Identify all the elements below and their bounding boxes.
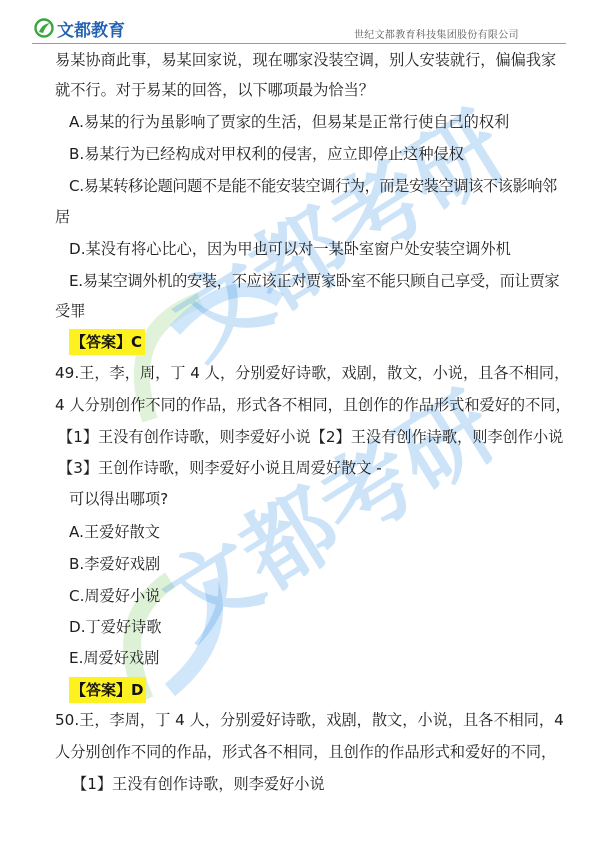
q49-stem-line-1: 49.王，李，周，丁 4 人，分别爱好诗歌，戏剧，散文，小说，且各不相同， [55, 363, 569, 383]
q48-answer: 【答案】C [69, 329, 145, 355]
q49-stem-line-2: 4 人分别创作不同的作品，形式各不相同，且创作的作品形式和爱好的不同， [55, 395, 571, 415]
q48-option-d: D.某没有将心比心，因为甲也可以对一某卧室窗户处安装空调外机 [69, 239, 511, 259]
document-body: 易某协商此事，易某回家说，现在哪家没装空调，别人安装就行，偏偏我家 就不行。对于… [0, 0, 600, 848]
q49-option-c: C.周爱好小说 [69, 586, 160, 606]
q50-stem-line-2: 人分别创作不同的作品，形式各不相同，且创作的作品形式和爱好的不同， [55, 742, 556, 762]
q48-option-c: C.易某转移论题问题不是能不能安装空调行为，而是安装空调该不该影响邻 [69, 176, 557, 196]
q48-stem-line-1: 易某协商此事，易某回家说，现在哪家没装空调，别人安装就行，偏偏我家 [55, 50, 556, 70]
q49-option-a: A.王爱好散文 [69, 522, 160, 542]
q48-stem-line-2: 就不行。对于易某的回答，以下哪项最为恰当？ [55, 80, 374, 100]
q50-condition-1: 【1】王没有创作诗歌，则李爱好小说 [72, 774, 325, 794]
q48-option-e: E.易某空调外机的安装，不应该正对贾家卧室不能只顾自己享受，而让贾家 [69, 271, 559, 291]
q49-option-d: D.丁爱好诗歌 [69, 617, 161, 637]
q49-condition-1-2: 【1】王没有创作诗歌，则李爱好小说【2】王没有创作诗歌，则李创作小说 [58, 427, 563, 447]
q49-answer: 【答案】D [69, 677, 146, 703]
q48-option-c-cont: 居 [55, 207, 70, 227]
q49-condition-3: 【3】王创作诗歌，则李爱好小说且周爱好散文 - [58, 458, 382, 478]
q48-option-e-cont: 受罪 [55, 301, 85, 321]
q49-option-b: B.李爱好戏剧 [69, 554, 160, 574]
q50-stem-line-1: 50.王，李周，丁 4 人，分别爱好诗歌，戏剧，散文，小说，且各不相同，4 [55, 710, 564, 730]
q49-option-e: E.周爱好戏剧 [69, 648, 159, 668]
q48-option-a: A.易某的行为虽影响了贾家的生活，但易某是正常行使自己的权利 [69, 112, 509, 132]
q48-option-b: B.易某行为已经构成对甲权利的侵害，应立即停止这种侵权 [69, 144, 464, 164]
q49-question: 可以得出哪项? [69, 489, 168, 509]
